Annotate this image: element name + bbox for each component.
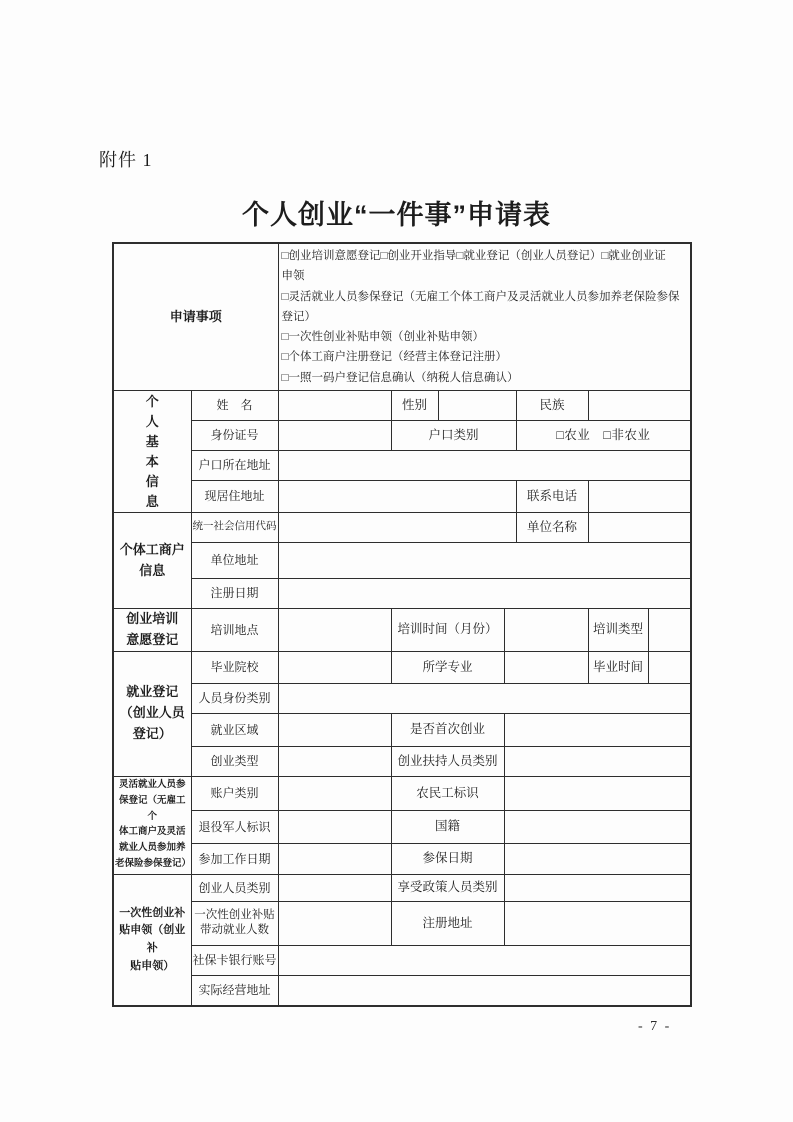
hukou-type-label: 户口类别 bbox=[391, 421, 516, 451]
grad-time-label: 毕业时间 bbox=[588, 651, 648, 683]
major-value-cell bbox=[504, 651, 588, 683]
training-time-value-cell bbox=[504, 609, 588, 652]
driven-jobs-value-cell bbox=[278, 901, 391, 945]
identity-type-label: 人员身份类别 bbox=[191, 683, 278, 713]
unit-name-label: 单位名称 bbox=[516, 513, 588, 543]
business-address-label: 实际经营地址 bbox=[191, 975, 278, 1006]
unit-address-label: 单位地址 bbox=[191, 543, 278, 579]
support-type-value-cell bbox=[504, 746, 691, 776]
first-startup-label: 是否首次创业 bbox=[391, 713, 504, 746]
veteran-flag-label: 退役军人标识 bbox=[191, 810, 278, 843]
hukou-address-value-cell bbox=[278, 451, 691, 481]
bank-account-value-cell bbox=[278, 945, 691, 975]
first-startup-value-cell bbox=[504, 713, 691, 746]
section-employment-registration: 就业登记 （创业人员 登记） bbox=[113, 651, 191, 776]
page-number: - 7 - bbox=[638, 1019, 671, 1035]
section-onetime-subsidy: 一次性创业补 贴申领（创业补 贴申领） bbox=[113, 874, 191, 1006]
hukou-type-options: □农业 □非农业 bbox=[516, 421, 691, 451]
school-label: 毕业院校 bbox=[191, 651, 278, 683]
person-type-label: 创业人员类别 bbox=[191, 874, 278, 901]
current-address-value-cell bbox=[278, 481, 516, 513]
document-page: 附件 1 个人创业“一件事”申请表 申请事项 □创业培训意愿登记□创业开业指导□… bbox=[0, 0, 793, 1122]
employment-region-label: 就业区域 bbox=[191, 713, 278, 746]
register-date-label: 注册日期 bbox=[191, 579, 278, 609]
current-address-label: 现居住地址 bbox=[191, 481, 278, 513]
business-address-value-cell bbox=[278, 975, 691, 1006]
section-flexible-insurance: 灵活就业人员参 保登记（无雇工个 体工商户及灵活 就业人员参加养 老保险参保登记… bbox=[113, 776, 191, 874]
register-date-value-cell bbox=[278, 579, 691, 609]
driven-jobs-label: 一次性创业补贴 带动就业人数 bbox=[191, 901, 278, 945]
support-type-label: 创业扶持人员类别 bbox=[391, 746, 504, 776]
identity-type-value-cell bbox=[278, 683, 691, 713]
policy-type-value-cell bbox=[504, 874, 691, 901]
section-personal-info: 个 人 基 本 信 息 bbox=[113, 391, 191, 513]
migrant-flag-label: 农民工标识 bbox=[391, 776, 504, 810]
startup-type-label: 创业类型 bbox=[191, 746, 278, 776]
id-number-value-cell bbox=[278, 421, 391, 451]
training-type-value-cell bbox=[648, 609, 691, 652]
section-business-info: 个体工商户 信息 bbox=[113, 513, 191, 609]
account-type-value-cell bbox=[278, 776, 391, 810]
register-address-label: 注册地址 bbox=[391, 901, 504, 945]
credit-code-value-cell bbox=[278, 513, 516, 543]
veteran-flag-value-cell bbox=[278, 810, 391, 843]
name-value-cell bbox=[278, 391, 391, 421]
phone-label: 联系电话 bbox=[516, 481, 588, 513]
gender-label: 性别 bbox=[391, 391, 438, 421]
grad-time-value-cell bbox=[648, 651, 691, 683]
apply-items-label: 申请事项 bbox=[113, 243, 278, 391]
migrant-flag-value-cell bbox=[504, 776, 691, 810]
bank-account-label: 社保卡银行账号 bbox=[191, 945, 278, 975]
attachment-label: 附件 1 bbox=[99, 146, 153, 172]
training-place-label: 培训地点 bbox=[191, 609, 278, 652]
name-label: 姓 名 bbox=[191, 391, 278, 421]
ethnic-value-cell bbox=[588, 391, 691, 421]
work-start-date-label: 参加工作日期 bbox=[191, 843, 278, 874]
account-type-label: 账户类别 bbox=[191, 776, 278, 810]
training-type-label: 培训类型 bbox=[588, 609, 648, 652]
major-label: 所学专业 bbox=[391, 651, 504, 683]
unit-name-value-cell bbox=[588, 513, 691, 543]
unit-address-value-cell bbox=[278, 543, 691, 579]
work-start-date-value-cell bbox=[278, 843, 391, 874]
id-number-label: 身份证号 bbox=[191, 421, 278, 451]
hukou-address-label: 户口所在地址 bbox=[191, 451, 278, 481]
nationality-value-cell bbox=[504, 810, 691, 843]
page-title: 个人创业“一件事”申请表 bbox=[0, 193, 793, 232]
policy-type-label: 享受政策人员类别 bbox=[391, 874, 504, 901]
training-time-label: 培训时间（月份） bbox=[391, 609, 504, 652]
apply-items-options: □创业培训意愿登记□创业开业指导□就业登记（创业人员登记）□就业创业证 申领 □… bbox=[278, 243, 691, 391]
gender-value-cell bbox=[438, 391, 516, 421]
startup-type-value-cell bbox=[278, 746, 391, 776]
insured-date-value-cell bbox=[504, 843, 691, 874]
insured-date-label: 参保日期 bbox=[391, 843, 504, 874]
person-type-value-cell bbox=[278, 874, 391, 901]
ethnic-label: 民族 bbox=[516, 391, 588, 421]
section-training-registration: 创业培训 意愿登记 bbox=[113, 609, 191, 652]
school-value-cell bbox=[278, 651, 391, 683]
nationality-label: 国籍 bbox=[391, 810, 504, 843]
phone-value-cell bbox=[588, 481, 691, 513]
employment-region-value-cell bbox=[278, 713, 391, 746]
register-address-value-cell bbox=[504, 901, 691, 945]
application-form-table: 申请事项 □创业培训意愿登记□创业开业指导□就业登记（创业人员登记）□就业创业证… bbox=[112, 242, 692, 1007]
training-place-value-cell bbox=[278, 609, 391, 652]
credit-code-label: 统一社会信用代码 bbox=[191, 513, 278, 543]
